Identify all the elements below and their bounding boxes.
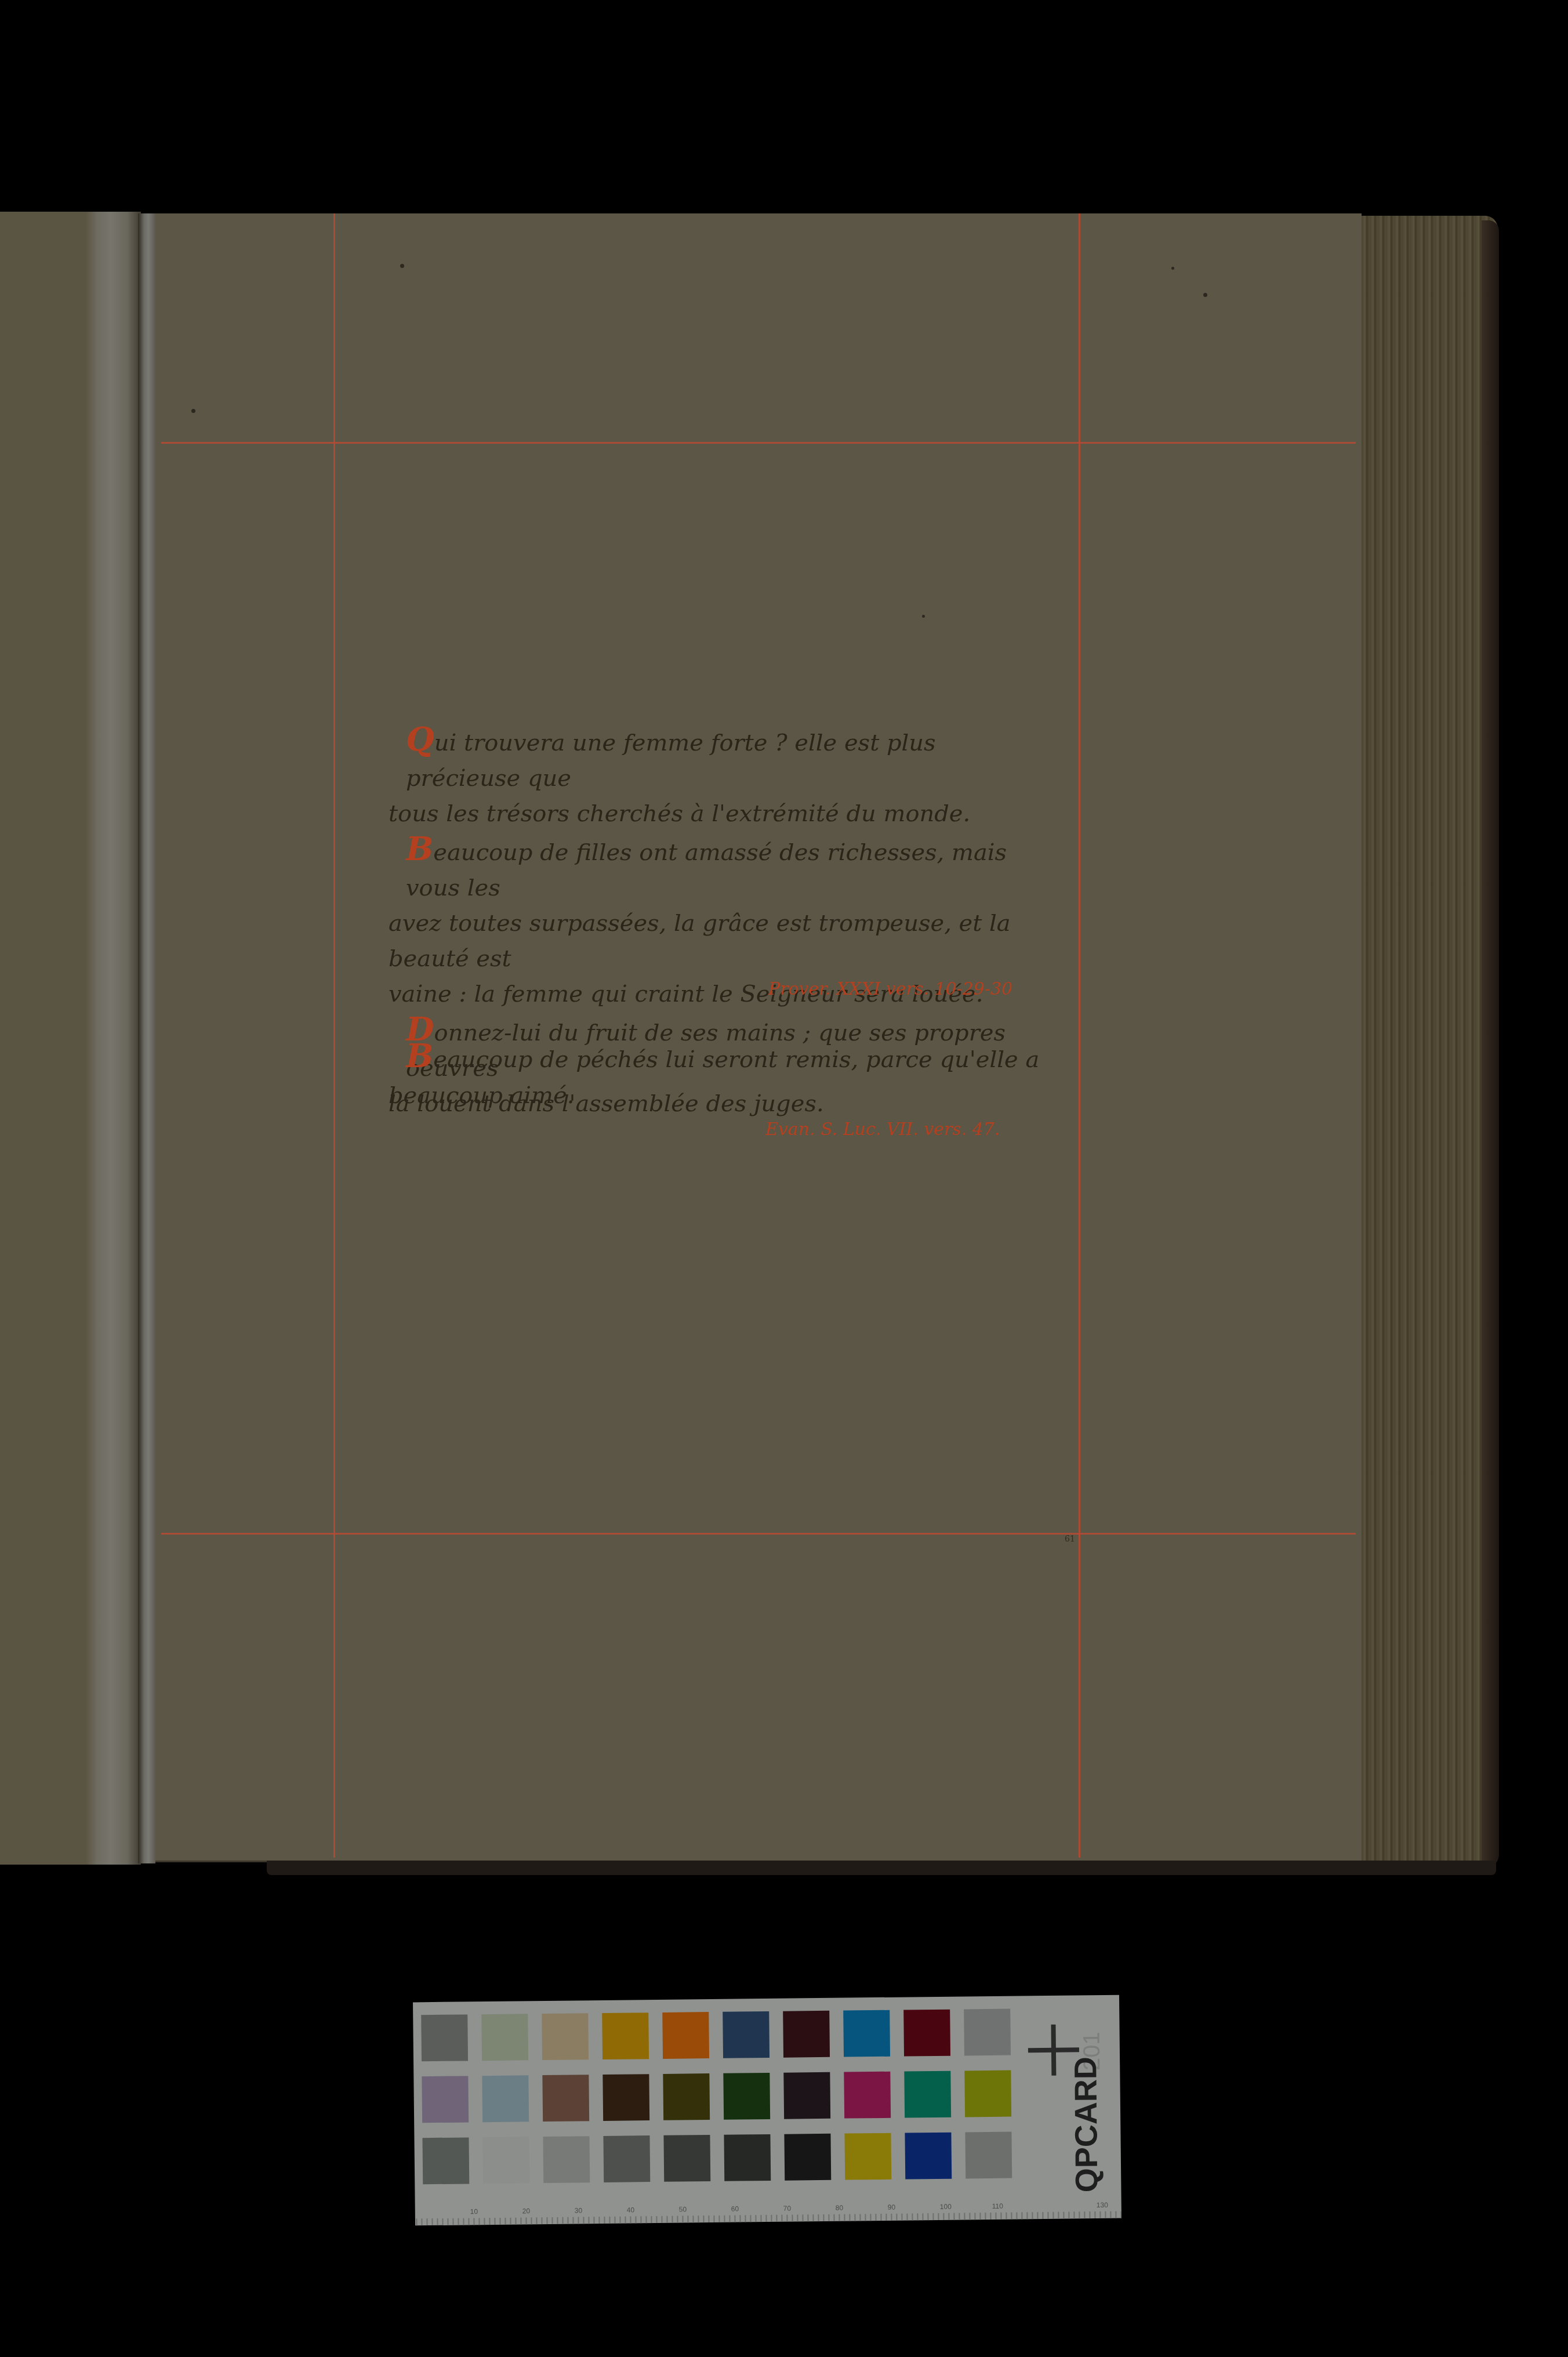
paper-speck <box>400 264 404 268</box>
paper-speck <box>1203 293 1207 297</box>
color-swatch <box>964 2009 1011 2056</box>
paper-speck <box>922 615 925 618</box>
color-swatch <box>905 2133 952 2180</box>
color-swatch <box>543 2136 590 2183</box>
dropcap: B <box>406 830 433 868</box>
color-swatch <box>422 2137 469 2184</box>
color-swatch <box>662 2012 709 2059</box>
color-swatch <box>602 2012 649 2059</box>
color-swatch <box>783 2011 830 2058</box>
text-line: avez toutes surpassées, la grâce est tro… <box>389 906 1055 977</box>
color-swatch <box>903 2010 950 2057</box>
ruler-label: 90 <box>888 2203 896 2211</box>
left-margin-rule <box>333 213 335 1858</box>
ruler-label: 30 <box>575 2206 583 2214</box>
scripture-reference-proverbs: Prover. XXXI vers. 10-29-30 <box>768 979 1012 999</box>
open-book: Qui trouvera une femme forte ? elle est … <box>0 0 1568 1914</box>
color-swatch <box>783 2072 830 2119</box>
binding-gutter <box>86 212 141 1865</box>
card-ruler <box>415 2196 1121 2226</box>
text-line: beaucoup aimé. <box>389 1078 1055 1114</box>
color-swatch <box>904 2071 951 2118</box>
color-swatch <box>542 2013 589 2060</box>
color-swatch <box>422 2076 469 2123</box>
book-cover-edge <box>1482 220 1499 1868</box>
color-swatch <box>843 2010 890 2057</box>
binding-fold <box>138 213 155 1863</box>
ruler-label: 60 <box>731 2205 739 2213</box>
ruler-label: 20 <box>522 2207 531 2215</box>
color-swatch <box>663 2073 710 2120</box>
dropcap: B <box>406 1037 433 1075</box>
color-swatch <box>602 2074 649 2121</box>
color-swatch <box>663 2135 710 2182</box>
color-swatch <box>723 2073 770 2120</box>
color-swatch <box>603 2135 650 2182</box>
color-swatch <box>421 2014 468 2061</box>
color-swatch <box>844 2072 891 2119</box>
color-swatch <box>964 2070 1011 2117</box>
text-line: Qui trouvera une femme forte ? elle est … <box>389 722 1055 796</box>
paper-speck <box>191 409 195 413</box>
color-swatch <box>844 2133 891 2180</box>
color-swatch <box>965 2132 1012 2179</box>
bottom-margin-rule <box>161 1533 1356 1535</box>
text-line: tous les trésors cherchés à l'extrémité … <box>389 796 1055 832</box>
top-margin-rule <box>161 442 1356 444</box>
ruler-label: 50 <box>679 2205 687 2213</box>
text-line: Beaucoup de péchés lui seront remis, par… <box>389 1038 1055 1078</box>
ruler-label: 80 <box>836 2204 844 2212</box>
color-swatch <box>482 2075 529 2122</box>
book-cover-bottom <box>267 1861 1496 1875</box>
color-calibration-card: 201 QPCARD 102030405060708090100110130 <box>413 1995 1121 2226</box>
scripture-reference-luke: Evan. S. Luc. VII. vers. 47. <box>765 1119 1000 1140</box>
ruler-label: 110 <box>992 2202 1003 2210</box>
page-number: 61 <box>1065 1535 1075 1544</box>
card-brand: QPCARD <box>1068 2057 1105 2193</box>
color-swatch <box>723 2011 770 2058</box>
ruler-label: 130 <box>1097 2201 1108 2209</box>
ruler-label: 40 <box>627 2206 635 2214</box>
color-swatch <box>724 2134 771 2181</box>
color-swatch <box>784 2134 831 2181</box>
color-swatch <box>542 2075 589 2122</box>
text-line: Beaucoup de filles ont amassé des riches… <box>389 832 1055 906</box>
ruler-label: 70 <box>783 2204 792 2213</box>
color-swatch <box>481 2014 528 2061</box>
crosshair-icon <box>1051 2025 1056 2076</box>
ruler-label: 100 <box>940 2203 952 2211</box>
color-swatch <box>482 2137 529 2184</box>
page-fore-edge <box>1362 216 1498 1869</box>
right-margin-rule <box>1079 213 1080 1858</box>
dropcap: Q <box>406 720 434 759</box>
ruler-label: 10 <box>470 2207 478 2215</box>
paper-speck <box>1171 267 1174 270</box>
passage-luke: Beaucoup de péchés lui seront remis, par… <box>389 1038 1055 1114</box>
